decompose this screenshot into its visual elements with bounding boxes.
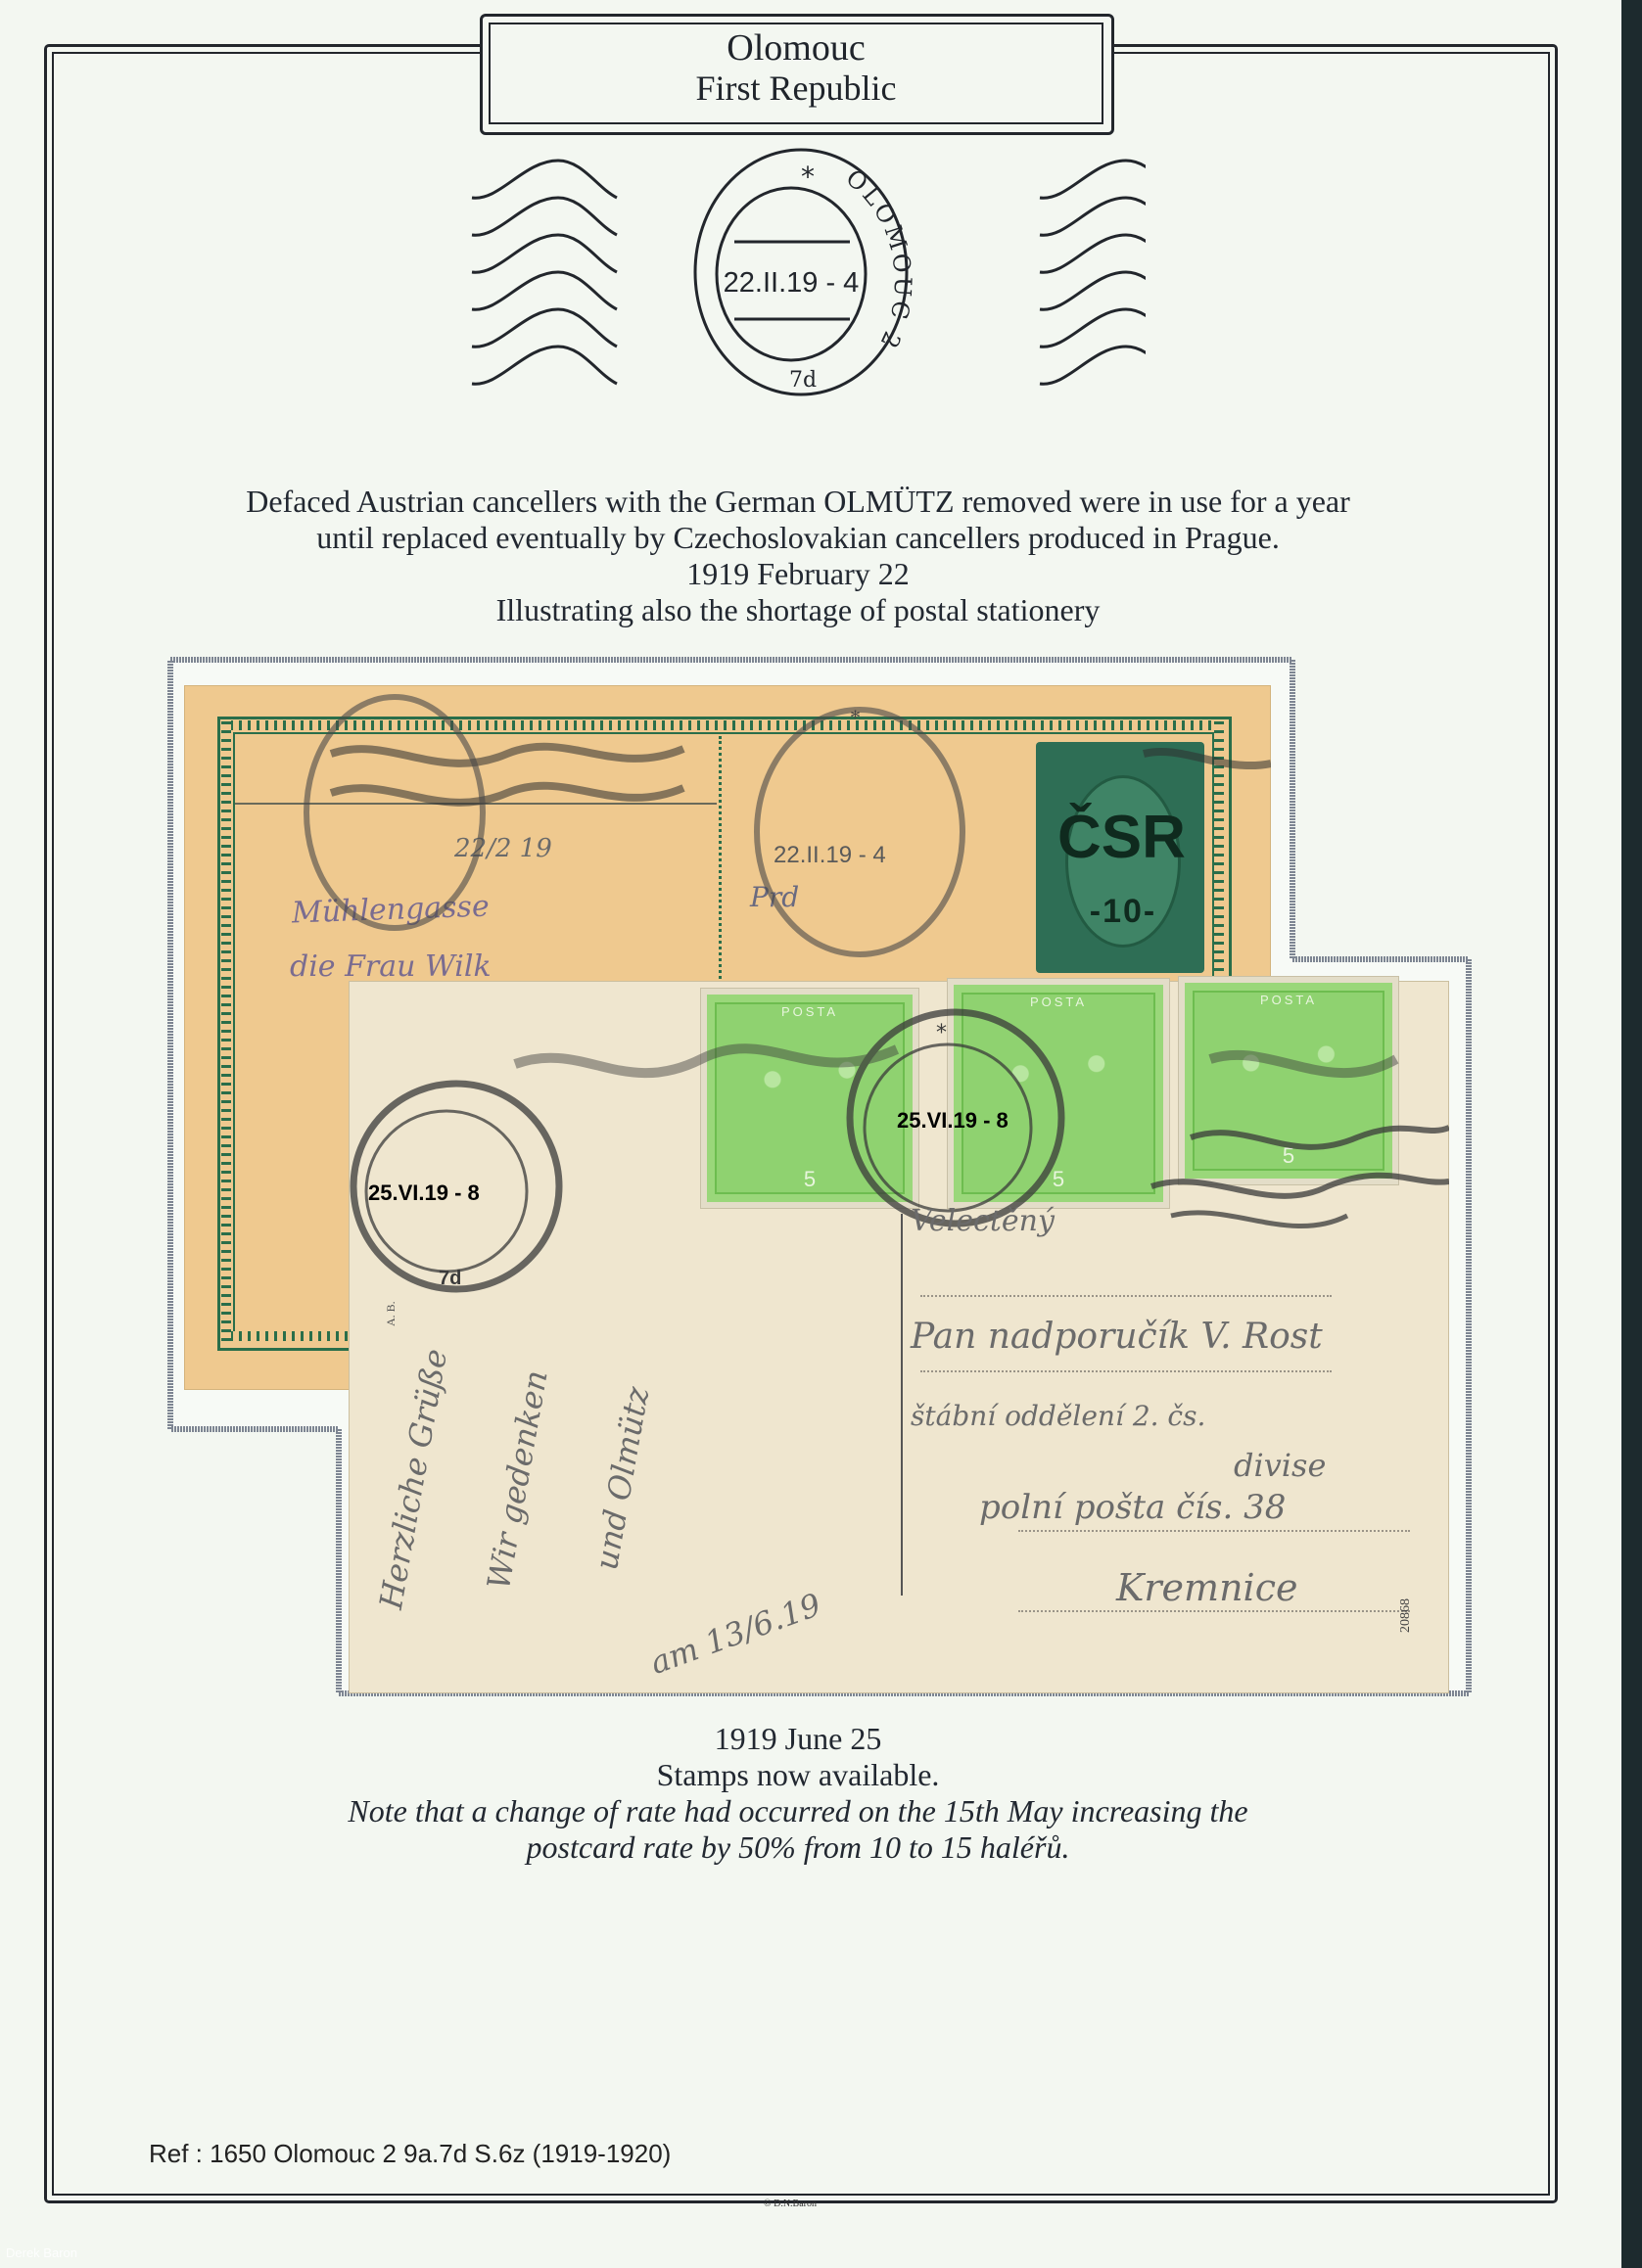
scan-edge	[1621, 0, 1642, 2268]
svg-text:22.II.19 - 4: 22.II.19 - 4	[724, 267, 860, 299]
reference-text: Ref : 1650 Olomouc 2 9a.7d S.6z (1919-19…	[149, 2139, 671, 2169]
description-block: Defaced Austrian cancellers with the Ger…	[59, 484, 1537, 628]
watermark: Derek Baron	[6, 2245, 77, 2260]
address-line: divise	[1234, 1447, 1326, 1484]
svg-text:25.VI.19 - 8: 25.VI.19 - 8	[897, 1108, 1009, 1133]
page-title: Olomouc	[489, 27, 1103, 69]
description-line: until replaced eventually by Czechoslova…	[59, 520, 1537, 556]
caption-date: 1919 June 25	[59, 1721, 1537, 1757]
machine-cancel-smudge: *	[184, 685, 1271, 998]
caption-note: Note that a change of rate had occurred …	[59, 1793, 1537, 1829]
postmark-town-text: OLOMOUC 2	[841, 163, 917, 354]
caption-block: 1919 June 25 Stamps now available. Note …	[59, 1721, 1537, 1866]
svg-text:OLOMOUC 2: OLOMOUC 2	[841, 163, 917, 354]
page-subtitle: First Republic	[489, 69, 1103, 108]
svg-text:7d: 7d	[789, 368, 817, 393]
svg-text:*: *	[801, 161, 815, 193]
svg-text:25.VI.19 - 8: 25.VI.19 - 8	[368, 1180, 480, 1205]
svg-text:*: *	[936, 1021, 947, 1045]
address-line: Velectěný	[911, 1204, 1055, 1238]
copyright: © D.N.Baron	[764, 2199, 817, 2209]
svg-text:7d: 7d	[439, 1268, 461, 1289]
description-line: Defaced Austrian cancellers with the Ger…	[59, 484, 1537, 520]
caption-line: Stamps now available.	[59, 1757, 1537, 1793]
caption-note: postcard rate by 50% from 10 to 15 haléř…	[59, 1829, 1537, 1866]
card-number: 20868	[1398, 1598, 1414, 1633]
postmark-illustration: 22.II.19 - 4 7d * OLOMOUC 2	[460, 147, 1146, 401]
description-date: 1919 February 22	[59, 556, 1537, 592]
address-line: polní pošta čís. 38	[979, 1488, 1286, 1527]
address-line: Kremnice	[1116, 1566, 1297, 1609]
description-line: Illustrating also the shortage of postal…	[59, 592, 1537, 628]
address-line: Pan nadporučík V. Rost	[911, 1317, 1323, 1357]
svg-text:*: *	[850, 705, 861, 729]
address-line: štábní oddělení 2. čs.	[911, 1400, 1205, 1432]
publisher-mark: A. B.	[384, 1301, 399, 1326]
